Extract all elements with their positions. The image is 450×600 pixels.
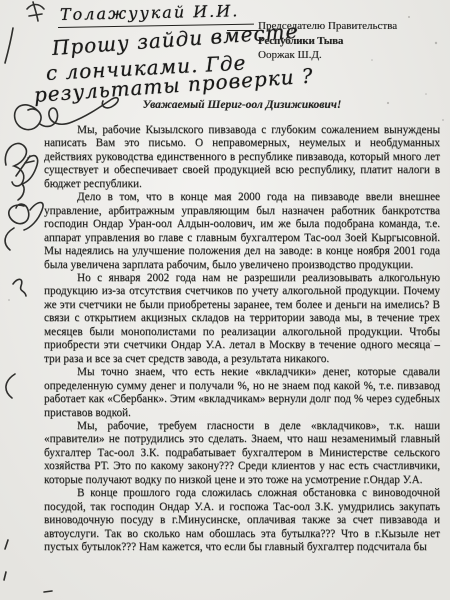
margin-paren-mark-2 (6, 374, 15, 398)
letter-body: Мы, рабочие Кызылского пивзавода с глубо… (44, 124, 440, 555)
paragraph-6: В конце прошлого года сложилась сложная … (44, 487, 440, 554)
margin-tick-1 (5, 540, 8, 549)
recipient-line-1: Председателю Правительства (258, 19, 397, 34)
margin-paren-mark-1 (5, 228, 14, 250)
margin-tick-2 (4, 572, 6, 580)
corner-glyph-mark (27, 2, 44, 21)
recipient-block: Председателю Правительства Республики Ты… (258, 19, 397, 63)
corner-slash-mark (5, 28, 13, 63)
paragraph-4: Мы точно знаем, что есть некие «вкладчик… (44, 366, 440, 420)
margin-squiggle-small (13, 279, 26, 296)
scanned-letter-page: Толажуукай И.И. Прошу зайди вместе с лон… (0, 0, 450, 600)
paragraph-1: Мы, рабочие Кызылского пивзавода с глубо… (44, 124, 440, 191)
salutation: Уважаемый Шериг-оол Дизижикович! (44, 99, 440, 111)
margin-initials-1 (5, 143, 37, 200)
paragraph-2: Дело в том, что в конце мая 2000 года на… (44, 191, 440, 272)
recipient-line-3: Ооржак Ш.Д. (258, 48, 397, 63)
recipient-line-2: Республики Тыва (258, 34, 397, 49)
margin-tick-3 (44, 591, 52, 592)
margin-initials-2 (9, 203, 43, 231)
margin-initials-dash (25, 161, 34, 163)
paragraph-5: Мы, рабочие, требуем гласности в деле «в… (44, 420, 440, 487)
handwritten-name: Толажуукай И.И. (60, 1, 240, 24)
paragraph-3: Но с января 2002 года нам не разрешили р… (44, 272, 440, 366)
